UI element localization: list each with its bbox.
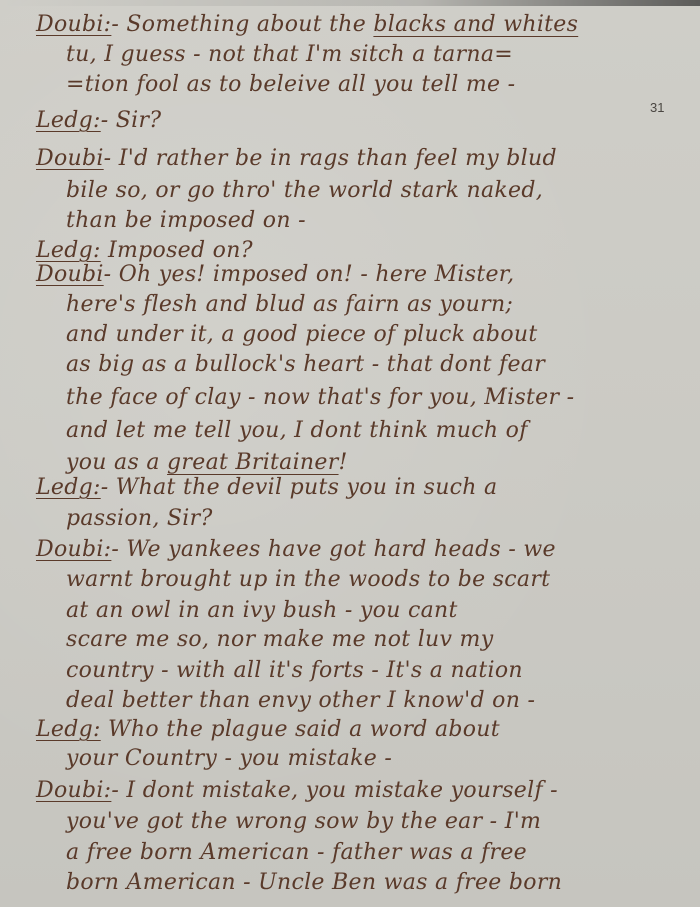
line-text: tu, I guess - not that I'm sitch a tarna… [66, 42, 513, 67]
line-text: - Oh yes! imposed on! - here Mister, [104, 262, 515, 287]
manuscript-page: 31 Doubi:- Something about the blacks an… [0, 0, 700, 907]
line-text: and under it, a good piece of pluck abou… [66, 322, 537, 347]
dialogue-line-speaker: Doubi:- I dont mistake, you mistake your… [36, 778, 558, 803]
speaker-name: Doubi: [36, 12, 111, 37]
line-text: you've got the wrong sow by the ear - I'… [66, 809, 541, 834]
line-text: your Country - you mistake - [66, 746, 392, 771]
line-text: country - with all it's forts - It's a n… [66, 658, 523, 683]
dialogue-line: you've got the wrong sow by the ear - I'… [66, 809, 541, 834]
line-text: - What the devil puts you in such a [101, 475, 498, 500]
dialogue-line-speaker: Doubi- Oh yes! imposed on! - here Mister… [36, 262, 514, 287]
line-text: =tion fool as to beleive all you tell me… [66, 72, 515, 97]
line-text: scare me so, nor make me not luv my [66, 627, 493, 652]
line-text: as big as a bullock's heart - that dont … [66, 352, 545, 377]
line-text: born American - Uncle Ben was a free bor… [66, 870, 562, 895]
speaker-name: Ledg: [36, 717, 101, 742]
dialogue-line-speaker: Ledg:- Sir? [36, 108, 161, 133]
dialogue-line: as big as a bullock's heart - that dont … [66, 352, 545, 377]
speaker-name: Doubi: [36, 537, 111, 562]
dialogue-line: than be imposed on - [66, 208, 306, 233]
dialogue-line: here's flesh and blud as fairn as yourn; [66, 292, 513, 317]
speaker-name: Ledg: [36, 475, 101, 500]
line-text: and let me tell you, I dont think much o… [66, 418, 528, 443]
dialogue-line-speaker: Ledg: Who the plague said a word about [36, 717, 500, 742]
underlined-text: blacks and whites [373, 12, 578, 37]
speaker-name: Ledg: [36, 108, 101, 133]
dialogue-line-speaker: Ledg: Imposed on? [36, 238, 253, 263]
dialogue-line: =tion fool as to beleive all you tell me… [66, 72, 515, 97]
dialogue-line: deal better than envy other I know'd on … [66, 688, 535, 713]
line-text: than be imposed on - [66, 208, 306, 233]
line-text: bile so, or go thro' the world stark nak… [66, 178, 543, 203]
line-text: warnt brought up in the woods to be scar… [66, 567, 550, 592]
dialogue-line: scare me so, nor make me not luv my [66, 627, 493, 652]
page-top-edge-shadow [0, 0, 700, 6]
line-text: the face of clay - now that's for you, M… [66, 385, 574, 410]
dialogue-line-speaker: Doubi:- We yankees have got hard heads -… [36, 537, 556, 562]
line-text: you as a [66, 450, 167, 475]
line-text: - I dont mistake, you mistake yourself - [111, 778, 558, 803]
dialogue-line: country - with all it's forts - It's a n… [66, 658, 523, 683]
line-text: - We yankees have got hard heads - we [111, 537, 555, 562]
line-text: - I'd rather be in rags than feel my blu… [104, 146, 557, 171]
line-text: Who the plague said a word about [101, 717, 500, 742]
page-number: 31 [650, 100, 664, 115]
dialogue-line: the face of clay - now that's for you, M… [66, 385, 574, 410]
dialogue-line: a free born American - father was a free [66, 840, 527, 865]
dialogue-line: tu, I guess - not that I'm sitch a tarna… [66, 42, 513, 67]
dialogue-line: bile so, or go thro' the world stark nak… [66, 178, 543, 203]
dialogue-line: and let me tell you, I dont think much o… [66, 418, 528, 443]
line-text: deal better than envy other I know'd on … [66, 688, 535, 713]
line-text: - Something about the [111, 12, 373, 37]
dialogue-line: born American - Uncle Ben was a free bor… [66, 870, 562, 895]
speaker-name: Doubi [36, 146, 104, 171]
speaker-name: Doubi: [36, 778, 111, 803]
line-text: at an owl in an ivy bush - you cant [66, 598, 458, 623]
underlined-text: great Britainer [167, 450, 339, 475]
line-text: here's flesh and blud as fairn as yourn; [66, 292, 513, 317]
dialogue-line-speaker: Doubi- I'd rather be in rags than feel m… [36, 146, 557, 171]
speaker-name: Ledg: [36, 238, 101, 263]
dialogue-line: your Country - you mistake - [66, 746, 392, 771]
dialogue-line: warnt brought up in the woods to be scar… [66, 567, 550, 592]
dialogue-line-speaker: Ledg:- What the devil puts you in such a [36, 475, 497, 500]
speaker-name: Doubi [36, 262, 104, 287]
dialogue-line: passion, Sir? [66, 506, 213, 531]
line-text: - Sir? [101, 108, 162, 133]
line-text-end: ! [339, 450, 348, 475]
dialogue-line: and under it, a good piece of pluck abou… [66, 322, 537, 347]
line-text: a free born American - father was a free [66, 840, 527, 865]
line-text: Imposed on? [101, 238, 253, 263]
line-text: passion, Sir? [66, 506, 213, 531]
dialogue-line: you as a great Britainer! [66, 450, 348, 475]
dialogue-line-speaker: Doubi:- Something about the blacks and w… [36, 12, 578, 37]
dialogue-line: at an owl in an ivy bush - you cant [66, 598, 458, 623]
